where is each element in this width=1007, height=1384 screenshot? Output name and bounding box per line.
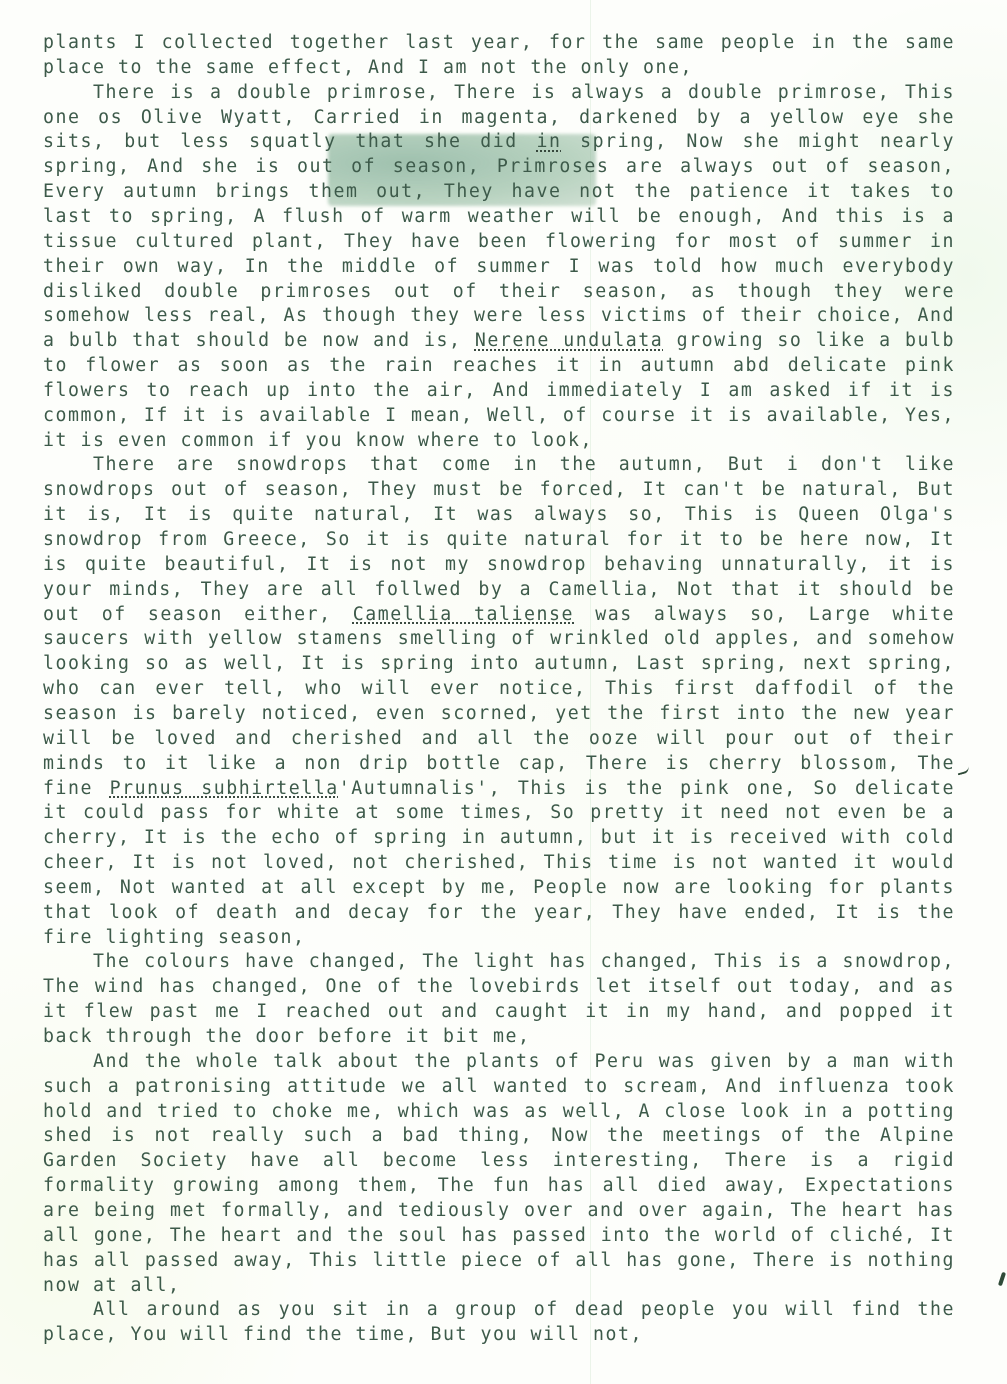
text-line: There is a double primrose, There is alw… [43,80,955,105]
text-line: has all passed away, This little piece o… [43,1248,955,1273]
text-line: season is barely noticed, even scorned, … [43,701,955,726]
text-line: place, You will find the time, But you w… [43,1322,955,1347]
text-line: it flew past me I reached out and caught… [43,999,955,1024]
text-line: The colours have changed, The light has … [43,949,955,974]
text-line: spring, And she is out of season, Primro… [43,154,955,179]
text-line: will be loved and cherished and all the … [43,726,955,751]
text-line: last to spring, A flush of warm weather … [43,204,955,229]
text-line: shed is not really such a bad thing, Now… [43,1123,955,1148]
text-line: The wind has changed, One of the lovebir… [43,974,955,999]
text-line: looking so as well, It is spring into au… [43,651,955,676]
text-line: disliked double primroses out of their s… [43,279,955,304]
text-line: cherry, It is the echo of spring in autu… [43,825,955,850]
text-line: back through the door before it bit me, [43,1024,955,1049]
text-line: minds to it like a non drip bottle cap, … [43,751,955,776]
text-line: seem, Not wanted at all except by me, Pe… [43,875,955,900]
botanical-name: Prunus subhirtella [110,778,339,799]
text-line: is quite beautiful, It is not my snowdro… [43,552,955,577]
text-line: There are snowdrops that come in the aut… [43,452,955,477]
text-line: somehow less real, As though they were l… [43,303,955,328]
text-line: tissue cultured plant, They have been fl… [43,229,955,254]
text-line: flowers to reach up into the air, And im… [43,378,955,403]
text-line: one os Olive Wyatt, Carried in magenta, … [43,105,955,130]
text-line: such a patronising attitude we all wante… [43,1074,955,1099]
text-line: it is, It is quite natural, It was alway… [43,502,955,527]
text-line: now at all, [43,1273,955,1298]
text-line: that look of death and decay for the yea… [43,900,955,925]
text-line: place to the same effect, And I am not t… [43,55,955,80]
text-line: formality growing among them, The fun ha… [43,1173,955,1198]
text-line: All around as you sit in a group of dead… [43,1297,955,1322]
pen-mark [998,1272,1006,1287]
typed-page: plants I collected together last year, f… [0,0,1007,1384]
text-line: cheer, It is not loved, not cherished, T… [43,850,955,875]
text-line: Every autumn brings them out, They have … [43,179,955,204]
text-line: out of season either, Camellia taliense … [43,602,955,627]
text-line: to flower as soon as the rain reaches it… [43,353,955,378]
text-line: snowdrops out of season, They must be fo… [43,477,955,502]
text-line: all gone, The heart and the soul has pas… [43,1223,955,1248]
text-line: who can ever tell, who will ever notice,… [43,676,955,701]
botanical-name: Nerene undulata [475,330,663,351]
text-line: sits, but less squatly that she did in s… [43,129,955,154]
text-line: common, If it is available I mean, Well,… [43,403,955,428]
text-line: snowdrop from Greece, So it is quite nat… [43,527,955,552]
text-line: it could pass for white at some times, S… [43,800,955,825]
text-line: are being met formally, and tediously ov… [43,1198,955,1223]
text-line: fire lighting season, [43,925,955,950]
text-line: a bulb that should be now and is, Nerene… [43,328,955,353]
text-line: your minds, They are all follwed by a Ca… [43,577,955,602]
text-line: their own way, In the middle of summer I… [43,254,955,279]
text-line: fine Prunus subhirtella'Autumnalis', Thi… [43,776,955,801]
text-line: plants I collected together last year, f… [43,30,955,55]
botanical-name: Camellia taliense [353,604,574,625]
text-line: it is even common if you know where to l… [43,428,955,453]
text-line: hold and tried to choke me, which was as… [43,1099,955,1124]
text-line: Garden Society have all become less inte… [43,1148,955,1173]
text-line: And the whole talk about the plants of P… [43,1049,955,1074]
text-line: saucers with yellow stamens smelling of … [43,626,955,651]
pen-mark [956,765,970,776]
